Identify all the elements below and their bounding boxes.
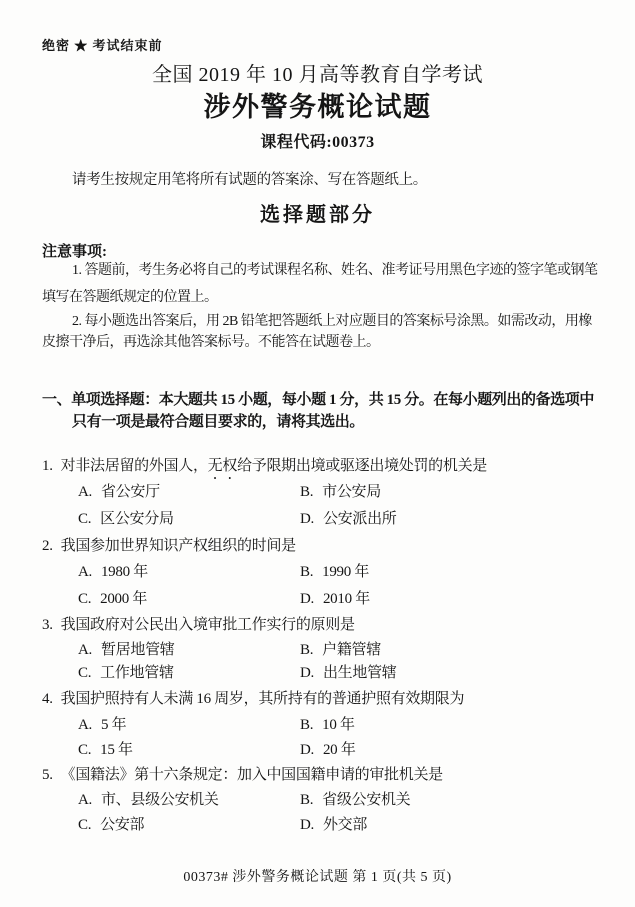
option-b: B.10 年 <box>300 712 355 738</box>
question-number: 4. <box>42 691 53 707</box>
question-1-options-row-cd: C.区公安分局 D.公安派出所 <box>42 506 629 532</box>
option-label: C. <box>78 511 91 527</box>
option-text: 2000 年 <box>100 591 147 607</box>
question-number: 1. <box>42 458 53 474</box>
option-text: 暂居地管辖 <box>101 642 175 658</box>
question-stem-text: 给予限期出境或驱逐出境处罚的机关是 <box>237 458 487 474</box>
option-text: 外交部 <box>323 817 367 833</box>
question-3-stem: 3.我国政府对公民出入境审批工作实行的原则是 <box>42 612 629 638</box>
option-b: B.省级公安机关 <box>300 787 410 813</box>
option-text: 1980 年 <box>101 564 148 580</box>
option-a: A.1980 年 <box>78 559 148 585</box>
option-label: C. <box>78 817 91 833</box>
option-text: 户籍管辖 <box>322 642 381 658</box>
option-text: 10 年 <box>322 717 355 733</box>
option-label: B. <box>300 717 313 733</box>
exam-title: 全国 2019 年 10 月高等教育自学考试 <box>0 58 635 87</box>
option-label: D. <box>300 817 314 833</box>
question-number: 2. <box>42 538 53 554</box>
option-text: 2010 年 <box>323 591 370 607</box>
question-3-options-row-cd: C.工作地管辖 D.出生地管辖 <box>42 660 629 686</box>
option-text: 15 年 <box>100 742 133 758</box>
note-2-line-1: 2. 每小题选出答案后，用 2B 铅笔把答题纸上对应题目的答案标号涂黑。如需改动… <box>42 310 592 330</box>
option-label: A. <box>78 792 92 808</box>
question-4-options-row-cd: C.15 年 D.20 年 <box>42 737 629 763</box>
question-1-stem: 1.对非法居留的外国人，无权给予限期出境或驱逐出境处罚的机关是 <box>42 453 629 479</box>
option-label: D. <box>300 665 314 681</box>
option-b: B.1990 年 <box>300 559 369 585</box>
option-c: C.工作地管辖 <box>78 660 174 686</box>
question-2-options-row-cd: C.2000 年 D.2010 年 <box>42 586 629 612</box>
question-4-stem: 4.我国护照持有人未满 16 周岁，其所持有的普通护照有效期限为 <box>42 686 629 712</box>
option-label: A. <box>78 717 92 733</box>
option-label: C. <box>78 742 91 758</box>
option-text: 公安派出所 <box>323 511 397 527</box>
option-c: C.2000 年 <box>78 586 147 612</box>
question-stem-text: 对非法居留的外国人， <box>61 458 208 474</box>
option-text: 20 年 <box>323 742 356 758</box>
paper-title: 涉外警务概论试题 <box>0 85 635 124</box>
option-a: A.市、县级公安机关 <box>78 787 219 813</box>
part-one-heading-line-2: 只有一项是最符合题目要求的，请将其选出。 <box>72 410 364 431</box>
option-text: 市公安局 <box>322 484 381 500</box>
option-text: 5 年 <box>101 717 126 733</box>
question-stem-text: 我国护照持有人未满 16 周岁，其所持有的普通护照有效期限为 <box>61 691 465 707</box>
question-stem-emphasis: 无权 <box>208 458 237 474</box>
question-number: 3. <box>42 617 53 633</box>
question-5-stem: 5.《国籍法》第十六条规定：加入中国国籍申请的审批机关是 <box>42 762 629 788</box>
page-footer: 00373# 涉外警务概论试题 第 1 页(共 5 页) <box>0 866 635 886</box>
option-label: D. <box>300 742 314 758</box>
option-label: B. <box>300 484 313 500</box>
question-1-options-row-ab: A.省公安厅 B.市公安局 <box>42 479 629 505</box>
question-5-options-row-cd: C.公安部 D.外交部 <box>42 812 629 838</box>
answer-sheet-instruction: 请考生按规定用笔将所有试题的答案涂、写在答题纸上。 <box>72 168 427 189</box>
question-stem-text: 我国政府对公民出入境审批工作实行的原则是 <box>61 617 355 633</box>
option-a: A.省公安厅 <box>78 479 160 505</box>
option-label: C. <box>78 591 91 607</box>
option-c: C.公安部 <box>78 812 144 838</box>
option-text: 1990 年 <box>322 564 369 580</box>
option-text: 省级公安机关 <box>322 792 410 808</box>
classification-banner: 绝密 ★ 考试结束前 <box>42 35 163 54</box>
option-text: 省公安厅 <box>101 484 160 500</box>
course-code: 课程代码:00373 <box>0 129 635 152</box>
option-text: 出生地管辖 <box>323 665 397 681</box>
question-2-stem: 2.我国参加世界知识产权组织的时间是 <box>42 533 629 559</box>
question-4-options-row-ab: A.5 年 B.10 年 <box>42 712 629 738</box>
part-one-heading-line-1: 一、单项选择题：本大题共 15 小题，每小题 1 分，共 15 分。在每小题列出… <box>42 388 594 409</box>
notes-title: 注意事项: <box>42 240 107 261</box>
option-a: A.5 年 <box>78 712 126 738</box>
option-d: D.出生地管辖 <box>300 660 397 686</box>
option-b: B.市公安局 <box>300 479 381 505</box>
option-label: D. <box>300 511 314 527</box>
question-number: 5. <box>42 767 53 783</box>
option-label: B. <box>300 564 313 580</box>
option-label: A. <box>78 484 92 500</box>
option-label: A. <box>78 642 92 658</box>
option-label: B. <box>300 792 313 808</box>
question-2-options-row-ab: A.1980 年 B.1990 年 <box>42 559 629 585</box>
option-c: C.15 年 <box>78 737 133 763</box>
option-label: D. <box>300 591 314 607</box>
option-c: C.区公安分局 <box>78 506 174 532</box>
option-label: A. <box>78 564 92 580</box>
option-text: 工作地管辖 <box>100 665 174 681</box>
section-title: 选择题部分 <box>0 198 635 227</box>
exam-paper-page: 绝密 ★ 考试结束前 全国 2019 年 10 月高等教育自学考试 涉外警务概论… <box>0 0 635 907</box>
question-5-options-row-ab: A.市、县级公安机关 B.省级公安机关 <box>42 787 629 813</box>
question-stem-text: 我国参加世界知识产权组织的时间是 <box>61 538 296 554</box>
option-label: B. <box>300 642 313 658</box>
option-d: D.20 年 <box>300 737 356 763</box>
option-text: 公安部 <box>100 817 144 833</box>
option-d: D.公安派出所 <box>300 506 397 532</box>
option-label: C. <box>78 665 91 681</box>
option-text: 区公安分局 <box>100 511 174 527</box>
option-d: D.外交部 <box>300 812 367 838</box>
note-1-line-1: 1. 答题前，考生务必将自己的考试课程名称、姓名、准考证号用黑色字迹的签字笔或钢… <box>42 259 598 279</box>
question-stem-text: 《国籍法》第十六条规定：加入中国国籍申请的审批机关是 <box>61 767 443 783</box>
note-1-line-2: 填写在答题纸规定的位置上。 <box>42 286 218 306</box>
note-2-line-2: 皮擦干净后，再选涂其他答案标号。不能答在试题卷上。 <box>42 331 380 351</box>
option-text: 市、县级公安机关 <box>101 792 219 808</box>
option-d: D.2010 年 <box>300 586 370 612</box>
